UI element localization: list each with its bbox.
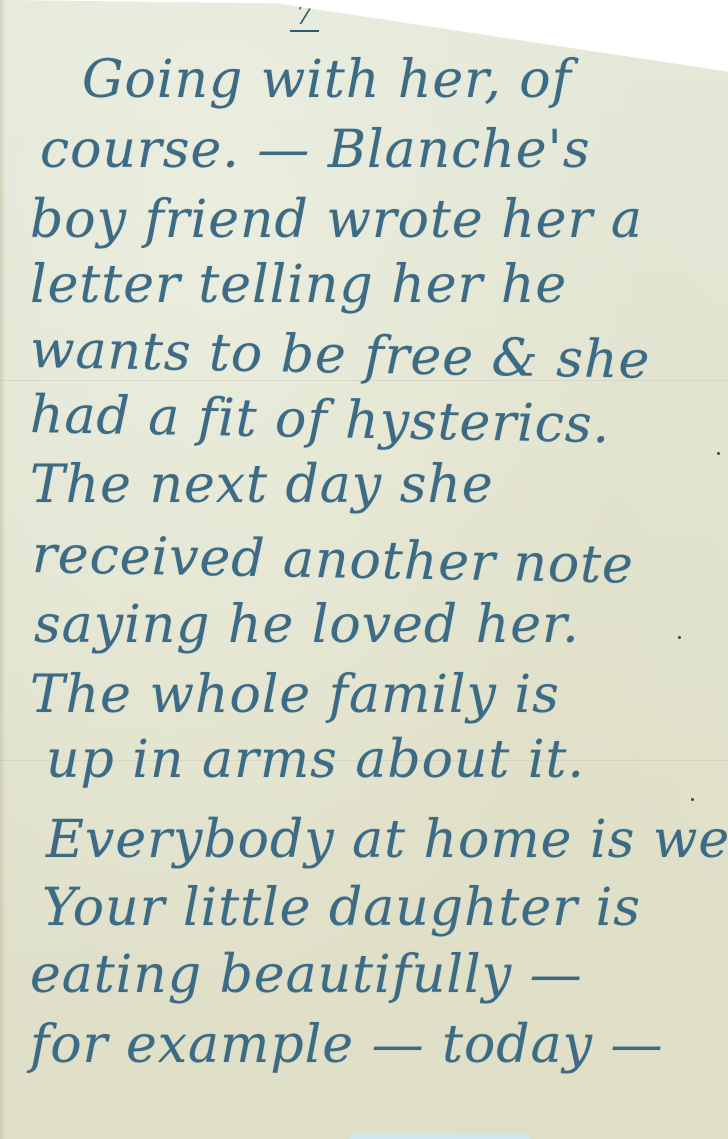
text-line: The next day she xyxy=(30,455,494,515)
letter-page: 7 Going with her, of course. — Blanche's… xyxy=(0,0,728,1139)
text-line: up in arms about it. xyxy=(46,730,585,790)
text-line: had a fit of hysterics. xyxy=(29,385,610,455)
text-line: course. — Blanche's xyxy=(40,120,591,180)
text-line: The whole family is xyxy=(30,665,560,725)
text-line: received another note xyxy=(31,525,634,595)
ink-dot xyxy=(717,452,720,455)
paper-left-edge xyxy=(0,0,6,1139)
text-line: Going with her, of xyxy=(82,50,572,110)
scan-blue-patch xyxy=(350,1133,530,1139)
page-number: 7 xyxy=(290,4,319,32)
text-line: eating beautifully — xyxy=(30,945,583,1005)
text-line: for example — today — xyxy=(30,1015,664,1075)
text-line: letter telling her he xyxy=(30,255,567,315)
text-line: Your little daughter is xyxy=(42,878,641,938)
ink-dot xyxy=(691,798,694,801)
text-line: Everybody at home is well xyxy=(46,810,728,870)
ink-dot xyxy=(678,636,681,639)
text-line: saying he loved her. xyxy=(34,595,580,655)
text-line: boy friend wrote her a xyxy=(30,190,643,250)
text-line: wants to be free & she xyxy=(29,320,650,391)
